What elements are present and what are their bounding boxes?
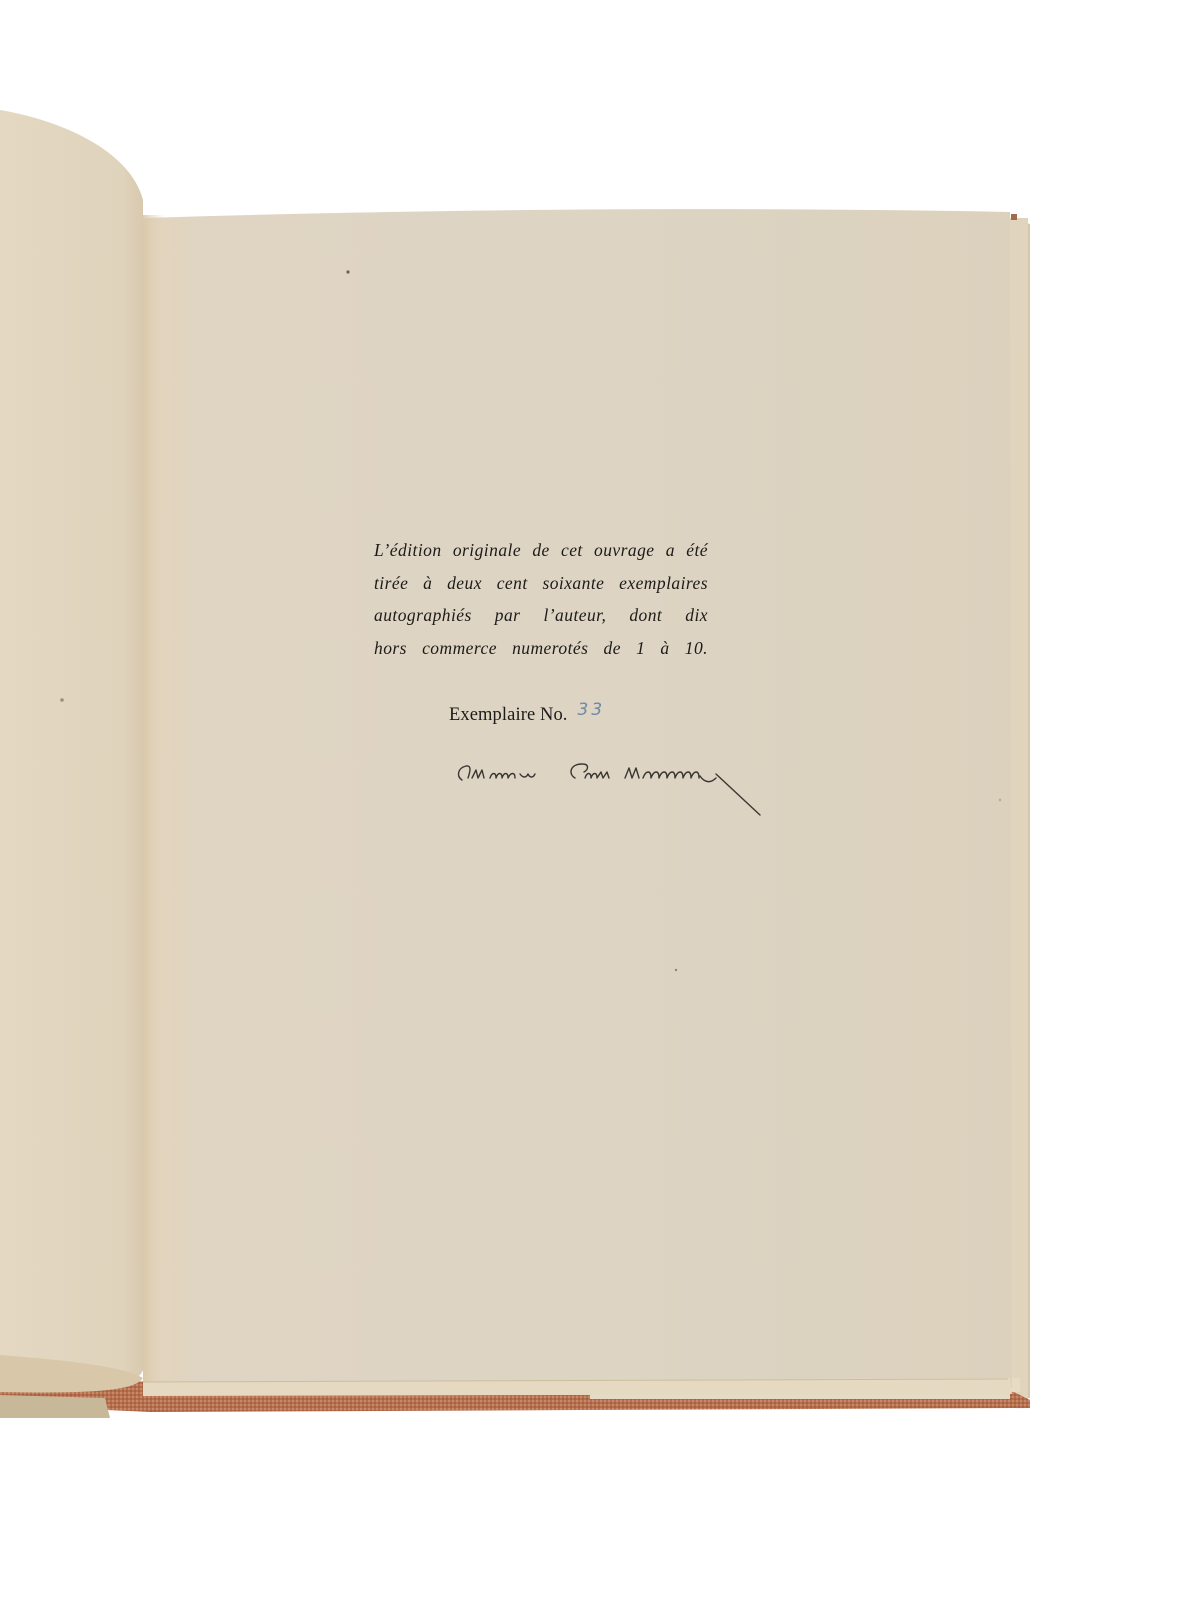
copy-number-value: 33 (578, 700, 606, 720)
colophon-line: L’édition originale de cet ouvrage a été (374, 534, 708, 567)
colophon-line: autographiés par l’auteur, dont dix (374, 599, 708, 632)
author-signature (450, 750, 780, 820)
colophon-line: hors commerce numerotés de 1 à 10. (374, 632, 708, 665)
colophon-text: L’édition originale de cet ouvrage a été… (374, 534, 708, 664)
copy-number: Exemplaire No.33 (449, 705, 605, 726)
copy-number-label: Exemplaire No. (449, 705, 568, 725)
left-page (0, 110, 143, 1383)
cover-edge-right (1010, 218, 1028, 1408)
book-photo: L’édition originale de cet ouvrage a été… (0, 0, 1200, 1600)
colophon-line: tirée à deux cent soixante exemplaires (374, 567, 708, 600)
